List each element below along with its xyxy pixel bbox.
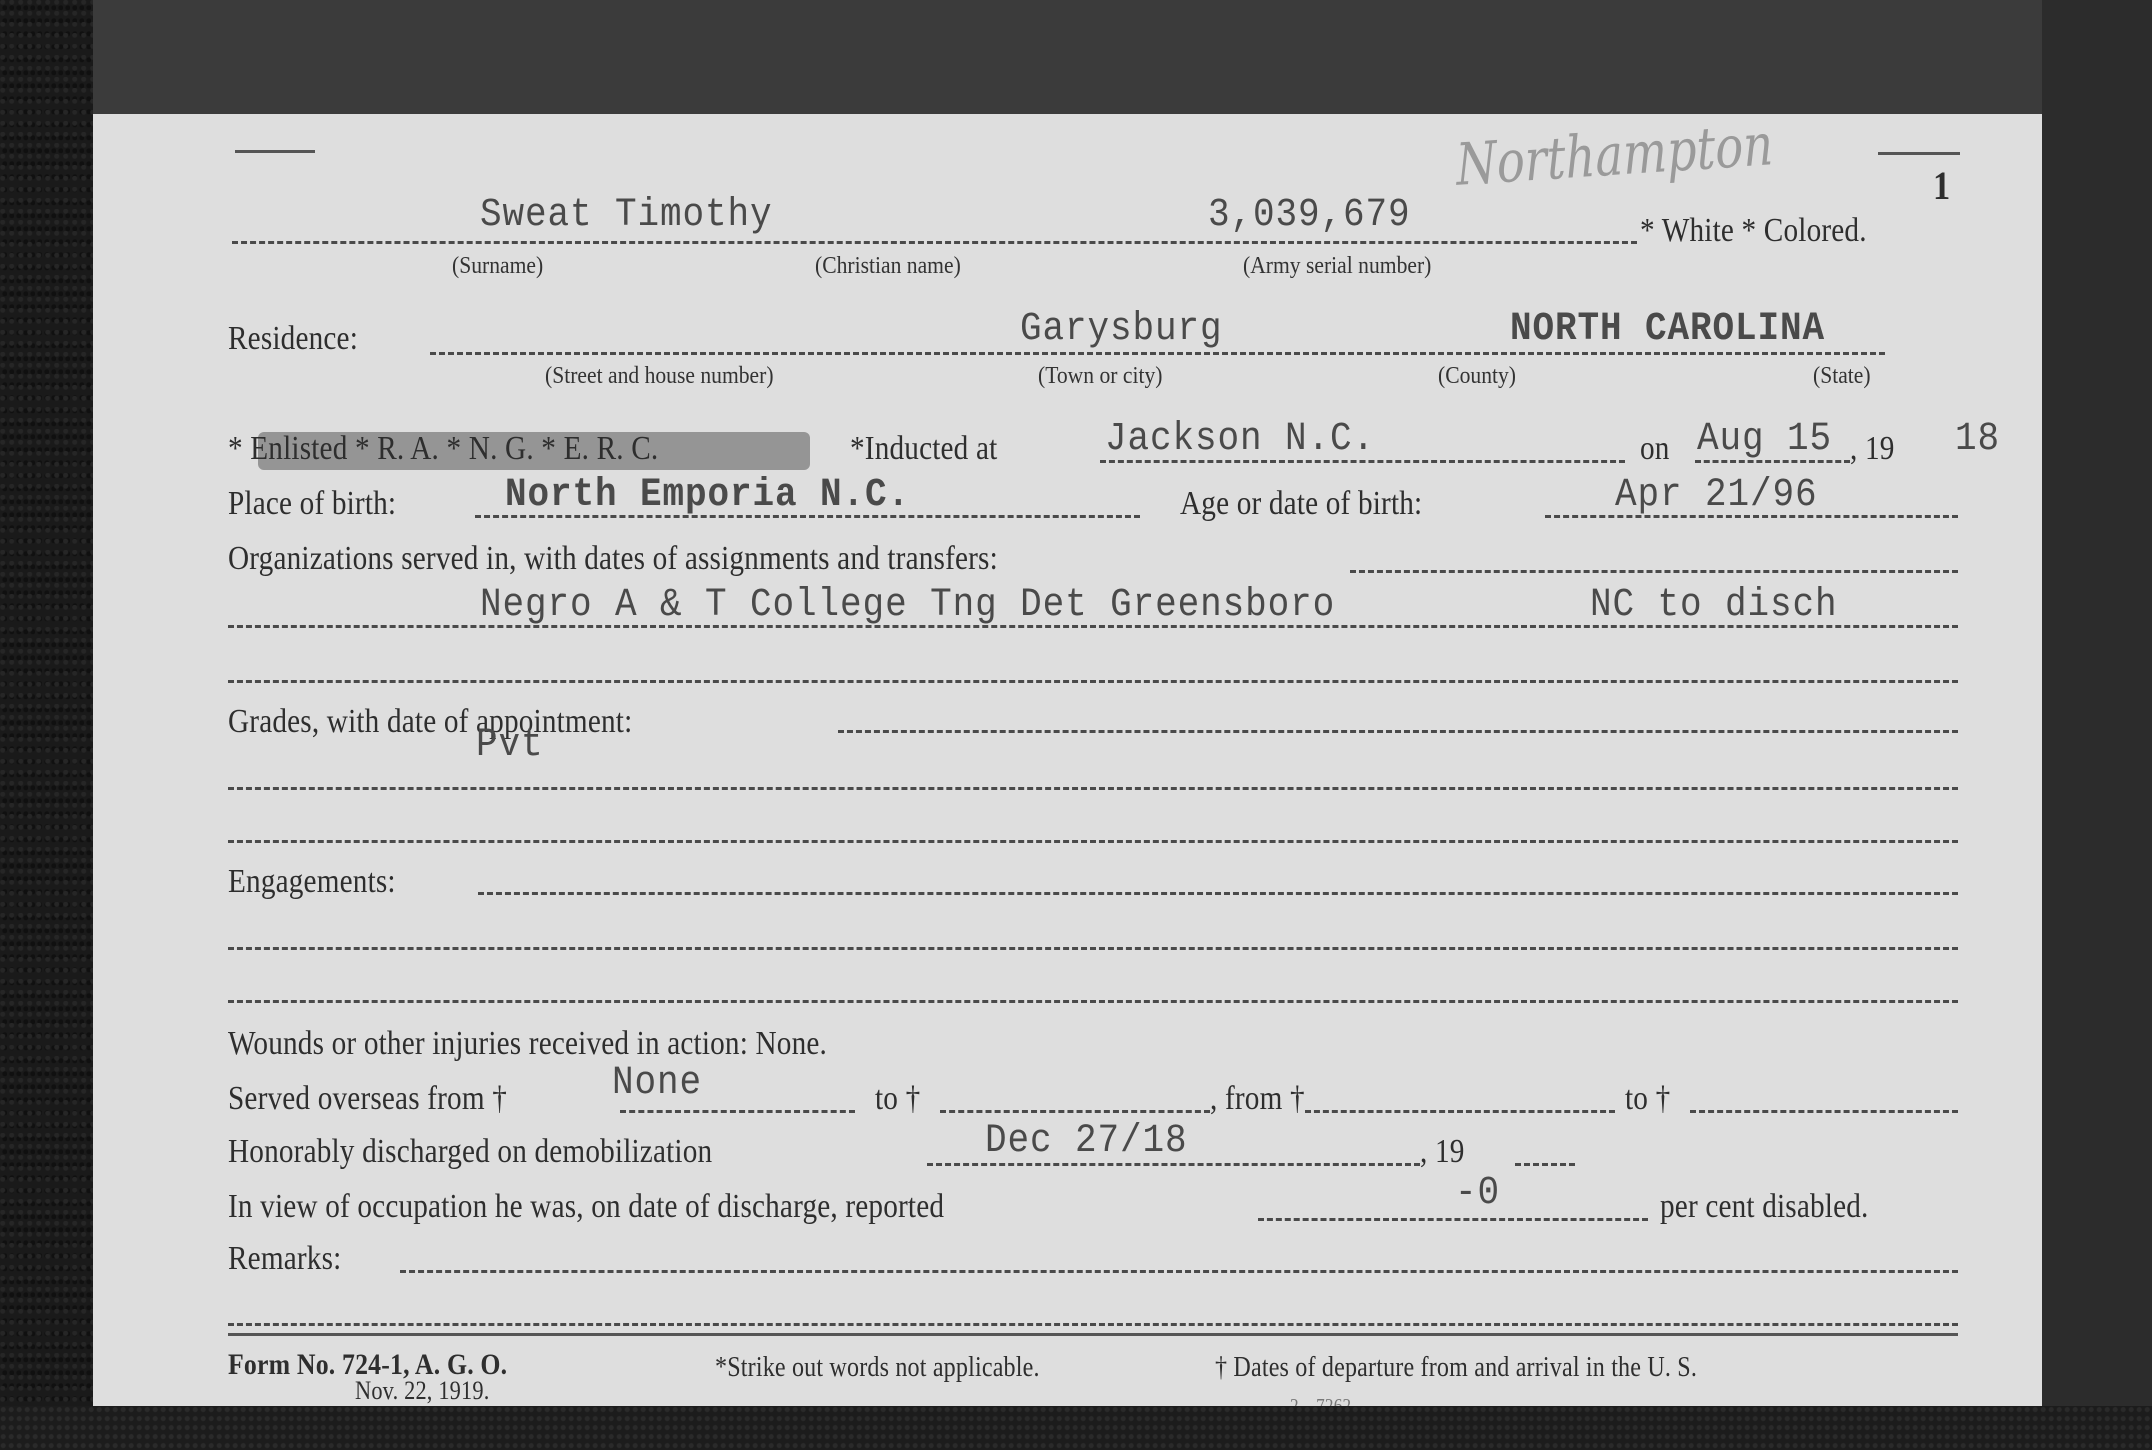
disability-label: In view of occupation he was, on date of… xyxy=(228,1190,944,1224)
street-caption: (Street and house number) xyxy=(545,364,774,388)
overseas-label: Served overseas from † xyxy=(228,1082,507,1116)
print-stamp: 2—7262 xyxy=(1290,1396,1351,1406)
scanner-background-right xyxy=(2042,0,2152,1450)
discharge-value: Dec 27/18 xyxy=(985,1122,1188,1162)
organizations-blank-line xyxy=(228,680,1958,683)
top-right-rule xyxy=(1878,152,1960,155)
engagements-label: Engagements: xyxy=(228,865,396,899)
dagger-note: † Dates of departure from and arrival in… xyxy=(1215,1354,1697,1382)
service-record-card: 1 Northampton Sweat Timothy 3,039,679 * … xyxy=(93,114,2042,1406)
scanner-background-left xyxy=(0,0,93,1450)
birth-place-value: North Emporia N.C. xyxy=(505,476,910,516)
overseas-to-dotted-line-2 xyxy=(1690,1110,1958,1113)
remarks-label: Remarks: xyxy=(228,1242,341,1276)
discharge-label: Honorably discharged on demobilization xyxy=(228,1135,712,1169)
organizations-label: Organizations served in, with dates of a… xyxy=(228,542,998,576)
engagements-blank-line-2 xyxy=(228,1000,1958,1003)
discharge-year-prefix: , 19 xyxy=(1420,1135,1465,1169)
state-caption: (State) xyxy=(1813,364,1871,388)
footer-rule xyxy=(228,1333,1958,1336)
grades-dotted-line xyxy=(838,730,1958,733)
grades-blank-line-1 xyxy=(228,787,1958,790)
birth-place-label: Place of birth: xyxy=(228,487,396,521)
residence-label: Residence: xyxy=(228,322,358,356)
surname-caption: (Surname) xyxy=(452,254,543,278)
induction-date-dotted-line xyxy=(1695,460,1850,463)
wounds-label: Wounds or other injuries received in act… xyxy=(228,1027,827,1061)
overseas-to-dotted-line-1 xyxy=(940,1110,1210,1113)
town-value: Garysburg xyxy=(1020,310,1223,350)
overseas-from-label: , from † xyxy=(1210,1082,1305,1116)
induction-place-dotted-line xyxy=(1100,460,1625,463)
organizations-value-part2: NC to disch xyxy=(1590,586,1838,626)
name-dotted-line xyxy=(232,241,1637,244)
induction-year-value: 18 xyxy=(1955,420,2000,460)
grades-blank-line-2 xyxy=(228,840,1958,843)
name-value: Sweat Timothy xyxy=(480,196,773,236)
town-caption: (Town or city) xyxy=(1038,364,1162,388)
handwritten-county: Northampton xyxy=(1455,115,1774,194)
overseas-value: None xyxy=(612,1064,702,1104)
organizations-value-part1: Negro A & T College Tng Det Greensboro xyxy=(480,586,1335,626)
engagements-blank-line-1 xyxy=(228,947,1958,950)
residence-dotted-line xyxy=(430,352,1885,355)
strike-out-note: *Strike out words not applicable. xyxy=(715,1354,1040,1382)
page-number: 1 xyxy=(1933,166,1950,206)
induction-place-value: Jackson N.C. xyxy=(1105,420,1375,460)
overseas-to-label-1: to † xyxy=(875,1082,920,1116)
organizations-value-dotted-line xyxy=(228,625,1958,628)
overseas-from-dotted-line-2 xyxy=(1305,1110,1615,1113)
remarks-dotted-line xyxy=(400,1270,1958,1273)
disability-dotted-line xyxy=(1258,1218,1648,1221)
year-prefix: , 19 xyxy=(1850,432,1895,466)
discharge-dotted-line xyxy=(927,1163,1420,1166)
inducted-label: *Inducted at xyxy=(850,432,997,466)
birth-date-value: Apr 21/96 xyxy=(1615,476,1818,516)
disability-value: -0 xyxy=(1455,1174,1500,1214)
engagements-dotted-line xyxy=(478,892,1958,895)
disability-suffix: per cent disabled. xyxy=(1660,1190,1869,1224)
form-date: Nov. 22, 1919. xyxy=(355,1378,489,1404)
overseas-to-label-2: to † xyxy=(1625,1082,1670,1116)
county-caption: (County) xyxy=(1438,364,1516,388)
remarks-blank-line xyxy=(228,1323,1958,1326)
top-left-rule xyxy=(235,150,315,153)
induction-date-value: Aug 15 xyxy=(1697,420,1832,460)
birth-date-dotted-line xyxy=(1545,515,1958,518)
grades-label: Grades, with date of appointment: xyxy=(228,705,632,739)
state-value: NORTH CAROLINA xyxy=(1510,310,1825,350)
on-label: on xyxy=(1640,432,1670,466)
overseas-from-dotted-line xyxy=(620,1110,855,1113)
organizations-dotted-line xyxy=(1350,570,1958,573)
birth-date-label: Age or date of birth: xyxy=(1180,487,1422,521)
serial-caption: (Army serial number) xyxy=(1243,254,1431,278)
serial-value: 3,039,679 xyxy=(1208,196,1411,236)
race-options: * White * Colored. xyxy=(1640,214,1867,248)
christian-name-caption: (Christian name) xyxy=(815,254,961,278)
scanner-background-bottom xyxy=(0,1406,2152,1450)
status-options: * Enlisted * R. A. * N. G. * E. R. C. xyxy=(228,432,658,466)
discharge-year-dotted-line xyxy=(1515,1163,1575,1166)
grades-value: Pvt xyxy=(476,726,544,766)
birth-place-dotted-line xyxy=(475,515,1140,518)
